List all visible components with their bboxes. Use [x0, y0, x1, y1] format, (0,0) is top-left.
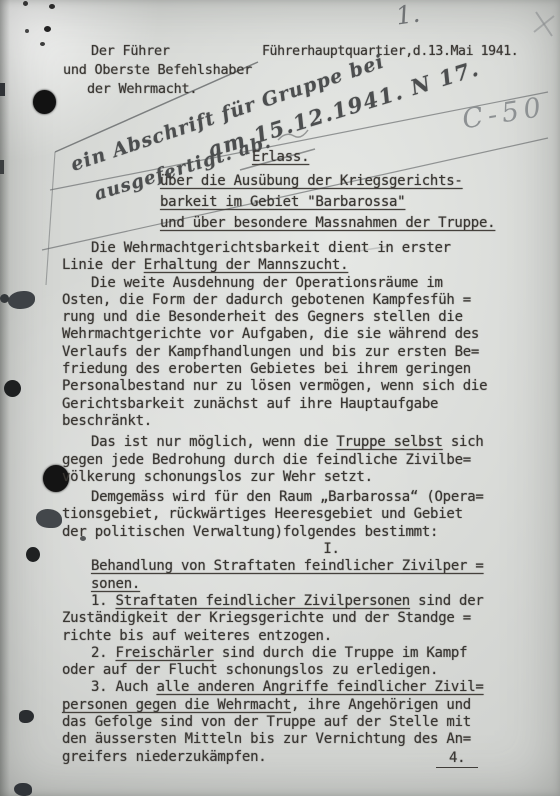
text-segment: 2. [91, 645, 116, 661]
typed-line: Personalbestand nur zu lösen vermögen, w… [62, 378, 517, 395]
text-segment: Erhaltung der Mannszucht. [144, 257, 348, 273]
text-segment: sind durch die Truppe im Kampf [214, 645, 468, 661]
ink-blot [14, 783, 32, 796]
text-segment: Die weite Ausdehnung der Operationsräume… [91, 275, 443, 291]
text-segment: gegen jede Bedrohung durch die feindlich… [62, 452, 471, 468]
text-segment: Die Wehrmachtgerichtsbarkeit dient in er… [91, 240, 451, 256]
sender-line: der Wehrmacht. [63, 80, 252, 99]
text-segment: Linie der [62, 257, 144, 273]
typed-line: Verlaufs der Kampfhandlungen und bis zur… [62, 344, 517, 361]
typed-line: Linie der Erhaltung der Mannszucht. [62, 257, 517, 274]
typed-line: personen gegen die Wehrmacht, ihre Angeh… [62, 697, 517, 714]
text-segment: tionsgebiet, rückwärtiges Heeresgebiet u… [62, 506, 463, 522]
punch-hole [4, 380, 21, 397]
text-segment: , ihre Angehörigen und [291, 697, 471, 713]
page-marker: 4. [436, 750, 478, 768]
typed-line: I. [62, 541, 517, 558]
text-segment: über die Ausübung der Kriegsgerichts- [160, 173, 463, 189]
typed-line: Das ist nur möglich, wenn die Truppe sel… [62, 434, 517, 451]
typed-line: 1. Straftaten feindlicher Zivilpersonen … [62, 593, 517, 610]
typed-line: völkerung schonungslos zur Wehr setzt. [62, 469, 517, 486]
text-segment: Straftaten feindlicher Zivilpersonen [116, 593, 410, 609]
typed-line: 2. Freischärler sind durch die Truppe im… [62, 645, 517, 662]
typed-line: Wehrmachtgerichte vor Aufgaben, die sie … [62, 326, 517, 343]
text-segment: barkeit im Gebiet "Barbarossa" [160, 194, 405, 210]
pencil-page-number: 1. [394, 0, 422, 31]
punch-hole [33, 90, 56, 114]
ink-speck [40, 42, 45, 46]
typed-line: Die Wehrmachtgerichtsbarkeit dient in er… [62, 240, 517, 257]
ink-speck [23, 1, 28, 6]
typed-line: richte bis auf weiteres entzogen. [62, 628, 517, 645]
typed-line: der politischen Verwaltung)folgendes bes… [62, 524, 517, 541]
text-segment: alle anderen Angriffe feindlicher Zivil= [156, 679, 483, 695]
typed-line: den äussersten Mitteln bis zur Vernichtu… [62, 731, 517, 748]
document-page: Der Führerund Oberste Befehlshaberder We… [0, 0, 560, 796]
text-segment: Truppe selbst [336, 434, 442, 450]
typed-line: tionsgebiet, rückwärtiges Heeresgebiet u… [62, 506, 517, 523]
ink-blot [0, 294, 9, 303]
text-segment: richte bis auf weiteres entzogen. [62, 628, 332, 644]
text-segment: friedung des eroberten Gebietes bei ihre… [62, 361, 471, 377]
typed-body: Die Wehrmachtgerichtsbarkeit dient in er… [62, 240, 517, 766]
title-line: barkeit im Gebiet "Barbarossa" [160, 192, 495, 213]
text-segment: und über besondere Massnahmen der Truppe… [160, 215, 495, 231]
text-segment: Personalbestand nur zu lösen vermögen, w… [62, 378, 487, 394]
sender-line: und Oberste Befehlshaber [63, 61, 252, 80]
text-segment: oder auf der Flucht schonungslos zu erle… [62, 662, 438, 678]
text-segment: Zuständigkeit der Kriegsgerichte und der… [62, 610, 471, 626]
typed-line: sonen. [62, 576, 517, 593]
ink-speck [44, 26, 51, 32]
text-segment: Osten, die Form der dadurch gebotenen Ka… [62, 292, 471, 308]
typed-line: Gerichtsbarkeit zunächst auf ihre Haupta… [62, 396, 517, 413]
text-segment: sind der [410, 593, 484, 609]
ink-speck [0, 160, 4, 174]
typed-line: friedung des eroberten Gebietes bei ihre… [62, 361, 517, 378]
text-segment: sich [443, 434, 484, 450]
typed-line: Zuständigkeit der Kriegsgerichte und der… [62, 610, 517, 627]
dateline: Führerhauptquartier,d.13.Mai 1941. [262, 44, 518, 59]
text-segment: rung und die Besonderheit des Gegners st… [62, 309, 463, 325]
decree-title: über die Ausübung der Kriegsgerichts-bar… [160, 171, 495, 233]
text-segment: den äussersten Mitteln bis zur Vernichtu… [62, 731, 471, 747]
title-line: und über besondere Massnahmen der Truppe… [160, 213, 495, 234]
typed-line: Die weite Ausdehnung der Operationsräume… [62, 275, 517, 292]
text-segment: 3. Auch [91, 679, 156, 695]
typed-line: rung und die Besonderheit des Gegners st… [62, 309, 517, 326]
text-segment: 1. [91, 593, 116, 609]
typed-line: 3. Auch alle anderen Angriffe feindliche… [62, 679, 517, 696]
text-segment: Verlaufs der Kampfhandlungen und bis zur… [62, 344, 479, 360]
text-segment: Behandlung von Straftaten feindlicher Zi… [91, 558, 484, 574]
text-segment: I. [323, 541, 339, 557]
text-segment: der politischen Verwaltung)folgendes bes… [62, 524, 438, 540]
ink-speck [49, 4, 55, 9]
typed-line: oder auf der Flucht schonungslos zu erle… [62, 662, 517, 679]
text-segment: greifers niederzukämpfen. [62, 749, 266, 765]
sender-line: Der Führer [63, 42, 252, 61]
typed-line: gegen jede Bedrohung durch die feindlich… [62, 452, 517, 469]
title-line: über die Ausübung der Kriegsgerichts- [160, 171, 495, 192]
text-segment: Das ist nur möglich, wenn die [91, 434, 336, 450]
sender-block: Der Führerund Oberste Befehlshaberder We… [63, 42, 252, 98]
ink-blot [36, 509, 62, 528]
typed-line: Behandlung von Straftaten feindlicher Zi… [62, 558, 517, 575]
text-segment: Wehrmachtgerichte vor Aufgaben, die sie … [62, 326, 479, 342]
text-segment: Gerichtsbarkeit zunächst auf ihre Haupta… [62, 396, 438, 412]
text-segment: Demgemäss wird für den Raum „Barbarossa“… [91, 489, 484, 505]
text-segment: das Gefolge sind von der Truppe auf der … [62, 714, 471, 730]
text-segment: beschränkt. [62, 413, 152, 429]
decree-heading: Erlass. [252, 149, 309, 165]
ink-blot [26, 547, 40, 562]
typed-line: Demgemäss wird für den Raum „Barbarossa“… [62, 489, 517, 506]
typed-line: Osten, die Form der dadurch gebotenen Ka… [62, 292, 517, 309]
text-segment: sonen. [91, 576, 140, 592]
text-segment: personen gegen die Wehrmacht [62, 697, 291, 713]
text-segment: Freischärler [116, 645, 214, 661]
typed-line: beschränkt. [62, 413, 517, 430]
typed-line: das Gefolge sind von der Truppe auf der … [62, 714, 517, 731]
text-segment: völkerung schonungslos zur Wehr setzt. [62, 469, 373, 485]
ink-speck [0, 83, 5, 96]
ink-speck [25, 29, 29, 33]
